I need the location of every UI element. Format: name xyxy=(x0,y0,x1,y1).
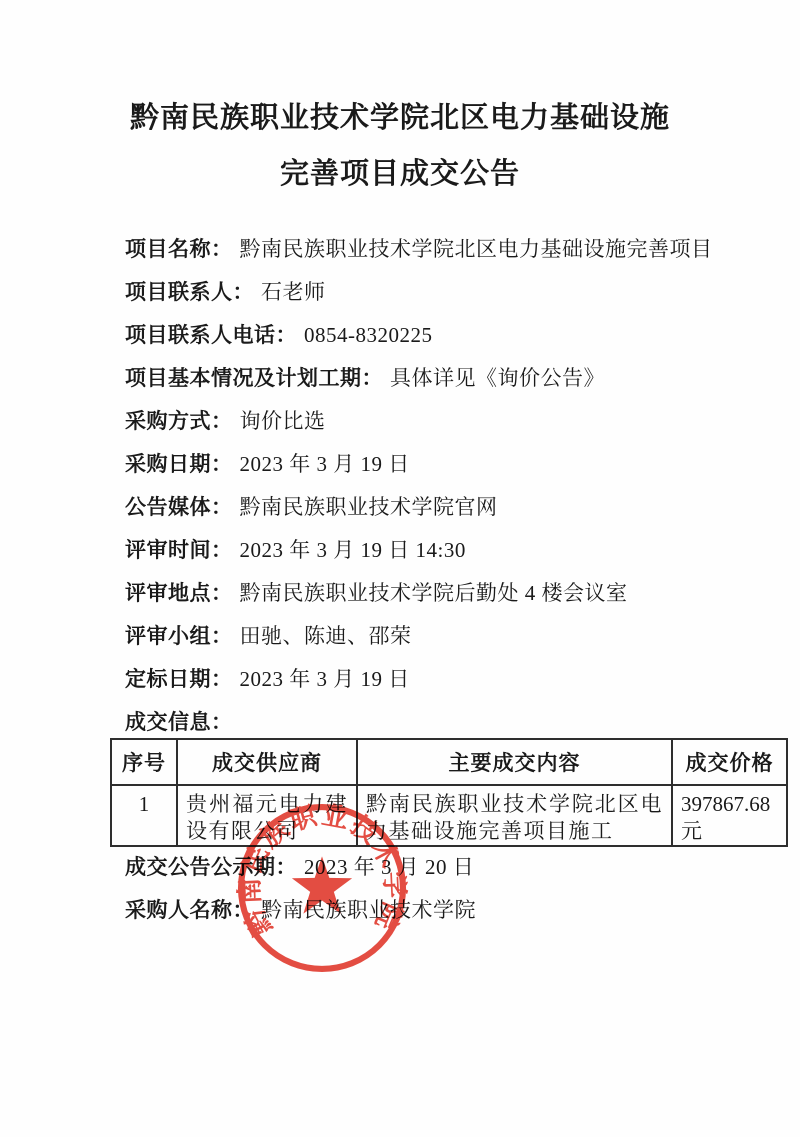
cell-content: 黔南民族职业技术学院北区电力基础设施完善项目施工 xyxy=(357,785,672,846)
field-value: 黔南民族职业技术学院北区电力基础设施完善项目 xyxy=(240,237,713,261)
field-label: 项目名称： xyxy=(125,237,233,261)
field-value: 2023 年 3 月 19 日 xyxy=(240,667,410,691)
field-project-overview: 项目基本情况及计划工期：具体详见《询价公告》 xyxy=(125,367,800,389)
field-label: 成交公告公示期： xyxy=(125,855,297,879)
field-announcement-media: 公告媒体：黔南民族职业技术学院官网 xyxy=(125,496,800,518)
field-label: 评审时间： xyxy=(125,538,233,562)
field-label: 项目基本情况及计划工期： xyxy=(125,366,383,390)
field-label: 评审小组： xyxy=(125,624,233,648)
field-publicity-period: 成交公告公示期：2023 年 3 月 20 日 xyxy=(125,856,800,878)
field-label: 项目联系人： xyxy=(125,280,254,304)
field-label: 采购人名称： xyxy=(125,898,254,922)
field-label: 成交信息： xyxy=(125,710,233,734)
header-supplier: 成交供应商 xyxy=(177,739,357,785)
field-value: 田驰、陈迪、邵荣 xyxy=(240,624,412,648)
field-value: 黔南民族职业技术学院 xyxy=(261,898,476,922)
field-value: 2023 年 3 月 19 日 xyxy=(240,452,410,476)
field-value: 2023 年 3 月 19 日 14:30 xyxy=(240,538,466,562)
cell-supplier: 贵州福元电力建设有限公司 xyxy=(177,785,357,846)
field-value: 石老师 xyxy=(261,280,326,304)
footer-fields: 成交公告公示期：2023 年 3 月 20 日 采购人名称：黔南民族职业技术学院 xyxy=(125,856,800,921)
field-procurement-method: 采购方式：询价比选 xyxy=(125,410,800,432)
field-label: 采购日期： xyxy=(125,452,233,476)
field-review-panel: 评审小组：田驰、陈迪、邵荣 xyxy=(125,625,800,647)
field-project-name: 项目名称：黔南民族职业技术学院北区电力基础设施完善项目 xyxy=(125,238,800,260)
field-purchaser-name: 采购人名称：黔南民族职业技术学院 xyxy=(125,899,800,921)
field-label: 公告媒体： xyxy=(125,495,233,519)
field-label: 项目联系人电话： xyxy=(125,323,297,347)
announcement-page: 黔南民族职业技术学院北区电力基础设施 完善项目成交公告 项目名称：黔南民族职业技… xyxy=(0,0,800,1137)
award-table: 序号 成交供应商 主要成交内容 成交价格 1 贵州福元电力建设有限公司 黔南民族… xyxy=(110,738,788,847)
field-award-info-heading: 成交信息： xyxy=(125,711,800,733)
table-header-row: 序号 成交供应商 主要成交内容 成交价格 xyxy=(111,739,787,785)
header-content: 主要成交内容 xyxy=(357,739,672,785)
field-review-location: 评审地点：黔南民族职业技术学院后勤处 4 楼会议室 xyxy=(125,582,800,604)
page-title-line2: 完善项目成交公告 xyxy=(0,146,800,202)
page-title: 黔南民族职业技术学院北区电力基础设施 完善项目成交公告 xyxy=(0,0,800,202)
field-value: 黔南民族职业技术学院后勤处 4 楼会议室 xyxy=(240,581,628,605)
page-title-line1: 黔南民族职业技术学院北区电力基础设施 xyxy=(0,90,800,146)
field-label: 采购方式： xyxy=(125,409,233,433)
field-contact: 项目联系人：石老师 xyxy=(125,281,800,303)
table-row: 1 贵州福元电力建设有限公司 黔南民族职业技术学院北区电力基础设施完善项目施工 … xyxy=(111,785,787,846)
field-review-time: 评审时间：2023 年 3 月 19 日 14:30 xyxy=(125,539,800,561)
field-value: 询价比选 xyxy=(240,409,326,433)
field-contact-phone: 项目联系人电话：0854-8320225 xyxy=(125,324,800,346)
field-value: 0854-8320225 xyxy=(304,323,433,347)
field-award-date: 定标日期：2023 年 3 月 19 日 xyxy=(125,668,800,690)
field-value: 具体详见《询价公告》 xyxy=(390,366,605,390)
field-procurement-date: 采购日期：2023 年 3 月 19 日 xyxy=(125,453,800,475)
field-value: 黔南民族职业技术学院官网 xyxy=(240,495,498,519)
header-price: 成交价格 xyxy=(672,739,787,785)
project-fields: 项目名称：黔南民族职业技术学院北区电力基础设施完善项目 项目联系人：石老师 项目… xyxy=(125,238,800,733)
field-value: 2023 年 3 月 20 日 xyxy=(304,855,474,879)
header-seq: 序号 xyxy=(111,739,177,785)
field-label: 定标日期： xyxy=(125,667,233,691)
cell-price: 397867.68 元 xyxy=(672,785,787,846)
field-label: 评审地点： xyxy=(125,581,233,605)
cell-seq: 1 xyxy=(111,785,177,846)
